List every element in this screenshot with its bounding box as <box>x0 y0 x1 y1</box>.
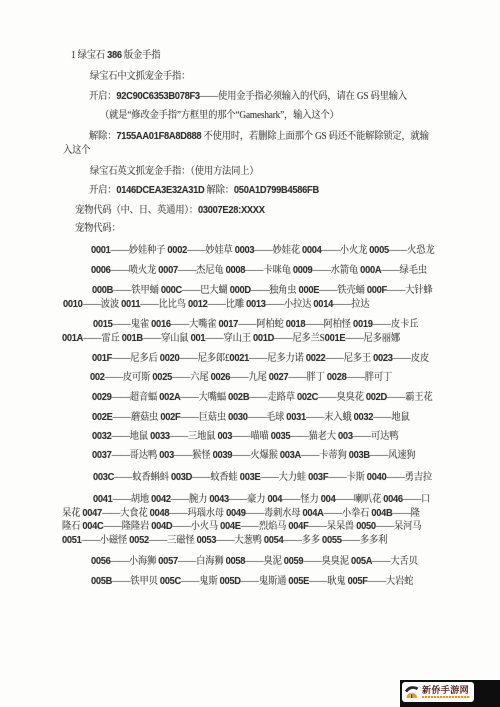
doc-line: 0056——小海狮 0057——白海狮 0058——臭泥 0059——臭臭泥 0… <box>91 556 418 567</box>
doc-line: 隆石 004C——隆隆岩 004D——小火马 004E——烈焰马 004F——呆… <box>62 521 421 532</box>
site-name: 新侨手游网 <box>422 686 470 695</box>
doc-line: 001A——雷丘 001B——穿山鼠 001——穿山王 001D——尼多兰S00… <box>62 333 400 344</box>
doc-line: 入这个 <box>63 145 90 156</box>
doc-line: 0001——妙娃种子 0002——妙娃草 0003——妙娃花 0004——小火龙… <box>91 245 434 256</box>
watermark-text-block: 新侨手游网 <box>422 686 470 699</box>
doc-line: 绿宝石英文抓宠金手指：（使用方法同上） <box>90 166 259 177</box>
doc-line: 开启：92C90C6353B078F3——使用金手指必须输入的代码，请在 GS … <box>89 91 407 102</box>
doc-line: 0006——喷火龙 0007——杰尼龟 0008——卡咪龟 0009——水箭龟 … <box>91 265 427 276</box>
doc-line: 宠物代码： <box>75 223 121 234</box>
doc-line: 0051——小磁怪 0052——三磁怪 0053——大葱鸭 0054——多多 0… <box>62 535 387 546</box>
doc-line: 1 绿宝石 386 版金手指 <box>71 50 160 61</box>
doc-line: （就是“修改金手指”方框里的那个“Gameshark”，输入这个） <box>100 110 339 121</box>
doc-line: 000B——铁甲蛹 000C——巴大蝴 000D——独角虫 000E——铁壳蛹 … <box>92 285 433 296</box>
document-body: 1 绿宝石 386 版金手指绿宝石中文抓宠金手指：开启：92C90C6353B0… <box>0 0 500 707</box>
doc-line: 0041——胡地 0042——腕力 0043——豪力 004——怪力 004——… <box>93 494 430 505</box>
doc-line: 001F——尼多后 0020——尼多郎£0021——尼多力诺 0022——尼多王… <box>92 353 429 364</box>
doc-line: 002——皮可斯 0025——六尾 0026——九尾 0027——胖丁 0028… <box>90 372 392 383</box>
doc-line: 绿宝石中文抓宠金手指： <box>90 71 190 82</box>
document-page: 1 绿宝石 386 版金手指绿宝石中文抓宠金手指：开启：92C90C6353B0… <box>0 0 500 707</box>
doc-line: 003C——蚊香蝌蚪 003D——蚊香蛙 003E——大力蛙 003F——卡斯 … <box>93 472 432 483</box>
doc-line: 002E——蘑菇虫 002F——巨菇虫 0030——毛球 0031——末入蛾 0… <box>92 412 410 423</box>
doc-line: 解除：7155AA01F8A8D888 不使用时，若删除上面那个 GS 码还不能… <box>89 131 429 142</box>
site-watermark: 新侨手游网 <box>400 680 500 707</box>
doc-line: 0010——波波 0011——比比鸟 0012——比雕 0013——小拉达 00… <box>63 299 369 310</box>
watermark-card: 新侨手游网 <box>402 682 474 702</box>
doc-line: 005B——铁甲贝 005C——鬼斯 005D——鬼斯通 005E——耿鬼 00… <box>91 576 413 587</box>
doc-line: 呆花 0047——大食花 0048——玛瑙水母 0049——毒刺水母 004A—… <box>62 508 420 519</box>
doc-line: 开启：0146DCEA3E32A31D 解除：050A1D799B4586FB <box>89 185 319 196</box>
watermark-subtext-bar <box>422 696 470 698</box>
doc-line: 0032——地鼠 0033——三地鼠 003——喵喵 0035——猫老大 003… <box>92 431 398 442</box>
doc-line: 0037——哥达鸭 003——猴怪 0039——火爆猴 003A——卡蒂狗 00… <box>92 450 415 461</box>
house-logo-icon <box>404 685 420 699</box>
doc-line: 0029——超音蝠 002A——大嘴蝠 002B——走路草 002C——臭臭花 … <box>92 392 433 403</box>
doc-line: 0015——鬼雀 0016——大嘴雀 0017——阿柏蛇 0018——阿柏怪 0… <box>93 319 418 330</box>
doc-line: 宠物代码（中、日、英通用）：03007E28:XXXX <box>75 205 265 216</box>
